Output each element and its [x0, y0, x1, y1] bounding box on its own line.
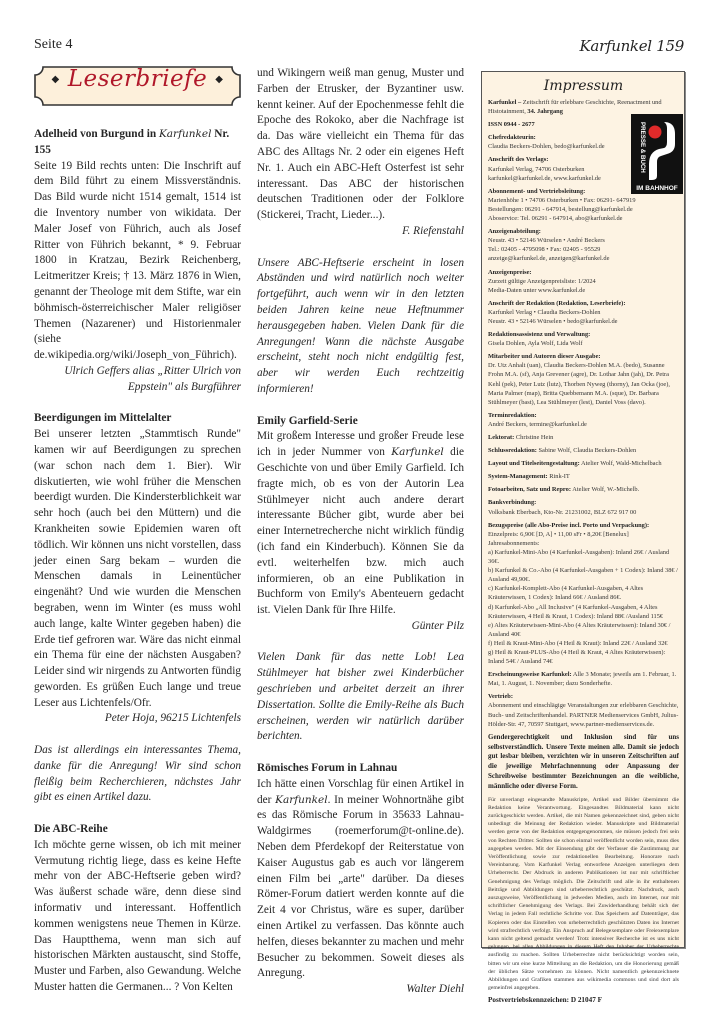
impressum-section: System-Management: Rink-IT — [488, 472, 679, 481]
price-item: g) Heil & Kraut-PLUS-Abo (4 Heil & Kraut… — [488, 648, 679, 666]
presse-buch-logo-icon: PRESSE & BUCH IM BAHNHOF — [631, 114, 683, 194]
letter-body: Ich möchte gerne wissen, ob ich mit mein… — [34, 838, 241, 996]
letter-body: Mit großem Interesse und großer Freude l… — [257, 429, 464, 619]
column-1: ◆Leserbriefe◆ Adelheid von Burgund in Ka… — [34, 66, 241, 996]
magazine-issue: Karfunkel 159 — [580, 37, 684, 55]
letter-signature: Peter Hoja, 96215 Lichtenfels — [34, 711, 241, 727]
letter-heading: Die ABC-Reihe — [34, 822, 241, 838]
letter-signature: Günter Pilz — [257, 619, 464, 635]
impressum-section: Anzeigenpreise:Zurzeit gültige Anzeigenp… — [488, 268, 679, 295]
price-item: f) Heil & Kraut-Mini-Abo (4 Heil & Kraut… — [488, 639, 679, 648]
letter-heading: Emily Garfield-Serie — [257, 414, 464, 430]
price-item: c) Karfunkel-Komplett-Abo (4 Karfunkel-A… — [488, 584, 679, 602]
impressum-section: Terminredaktion:André Beckers, termine@k… — [488, 411, 679, 429]
page-number: Seite 4 — [34, 37, 73, 53]
letter-heading: Römisches Forum in Lahnau — [257, 761, 464, 777]
editor-reply: Unsere ABC-Heftserie erscheint in losen … — [257, 256, 464, 398]
editor-reply: Vielen Dank für das nette Lob! Lea Stühl… — [257, 650, 464, 745]
subscription-prices: Bezugspreise (alle Abo-Preise incl. Port… — [488, 521, 679, 667]
letter-body: Bei unserer letzten „Stammtisch Runde" k… — [34, 427, 241, 711]
letter-heading: Adelheid von Burgund in Karfunkel Nr. 15… — [34, 127, 241, 159]
impressum-section: Lektorat: Christine Hein — [488, 433, 679, 442]
brand-name: Karfunkel — [391, 446, 443, 458]
svg-text:IM BAHNHOF: IM BAHNHOF — [636, 185, 678, 192]
letter-signature: Ulrich Geffers alias „Ritter Ulrich von … — [34, 364, 241, 396]
editor-reply: Das ist allerdings ein interessantes The… — [34, 743, 241, 806]
column-2: und Wikingern weiß man genug, Muster und… — [257, 66, 464, 998]
price-item: d) Karfunkel-Abo „All Inclusive" (4 Karf… — [488, 603, 679, 621]
impressum-section: Layout und Titelseitengestaltung: Atelie… — [488, 459, 679, 468]
svg-text:PRESSE & BUCH: PRESSE & BUCH — [639, 122, 646, 173]
letter-signature: F. Riefenstahl — [257, 224, 464, 240]
impressum-section: Mitarbeiter und Autoren dieser Ausgabe:D… — [488, 352, 679, 407]
price-item: e) Altes Kräuterwissen-Mini-Abo (4 Altes… — [488, 621, 679, 639]
postal-id: Postvertriebskennzeichen: D 21047 F — [488, 996, 679, 1005]
letter-body-continued: und Wikingern weiß man genug, Muster und… — [257, 66, 464, 224]
price-item: a) Karfunkel-Mini-Abo (4 Karfunkel-Ausga… — [488, 548, 679, 566]
impressum-section: Anschrift der Redaktion (Redaktion, Lese… — [488, 299, 679, 326]
impressum-section: Anzeigenabteilung:Neustr. 43 • 52146 Wür… — [488, 227, 679, 263]
letter-signature: Walter Diehl — [257, 982, 464, 998]
diamond-ornament-icon: ◆ — [51, 74, 59, 85]
presse-buch-logo: PRESSE & BUCH IM BAHNHOF — [631, 114, 683, 194]
distribution: Vertrieb: Abonnement und einschlägige Ve… — [488, 692, 679, 728]
price-item: b) Karfunkel & Co.-Abo (4 Karfunkel-Ausg… — [488, 566, 679, 584]
impressum-box: Impressum Karfunkel – Zeitschrift für er… — [481, 71, 685, 948]
letter-body: Seite 19 Bild rechts unten: Die Inschrif… — [34, 159, 241, 364]
brand-name: Karfunkel — [275, 794, 327, 806]
impressum-section: Schlussredaktion: Sabine Wolf, Claudia B… — [488, 446, 679, 455]
banner-title: ◆Leserbriefe◆ — [34, 72, 241, 88]
diamond-ornament-icon: ◆ — [215, 74, 223, 85]
impressum-section: Redaktionsassistenz und Verwaltung:Gisel… — [488, 330, 679, 348]
impressum-title: Impressum — [488, 77, 679, 95]
publication-schedule: Erscheinungsweise Karfunkel: Alle 3 Mona… — [488, 670, 679, 688]
bank-info: Bankverbindung: Volksbank Eberbach, Kto-… — [488, 498, 679, 516]
gender-note: Gendergerechtigkeit und Inklusion sind f… — [488, 733, 679, 792]
brand-name: Karfunkel — [159, 128, 211, 140]
letter-body: Ich hätte einen Vorschlag für einen Arti… — [257, 777, 464, 982]
section-title: Leserbriefe — [68, 66, 208, 92]
section-banner: ◆Leserbriefe◆ — [34, 66, 241, 106]
letter-heading: Beerdigungen im Mittelalter — [34, 411, 241, 427]
legal-notice: Für unverlangt eingesandte Manuskripte, … — [488, 796, 679, 993]
impressum-section: Fotoarbeiten, Satz und Repro: Atelier Wo… — [488, 485, 679, 494]
